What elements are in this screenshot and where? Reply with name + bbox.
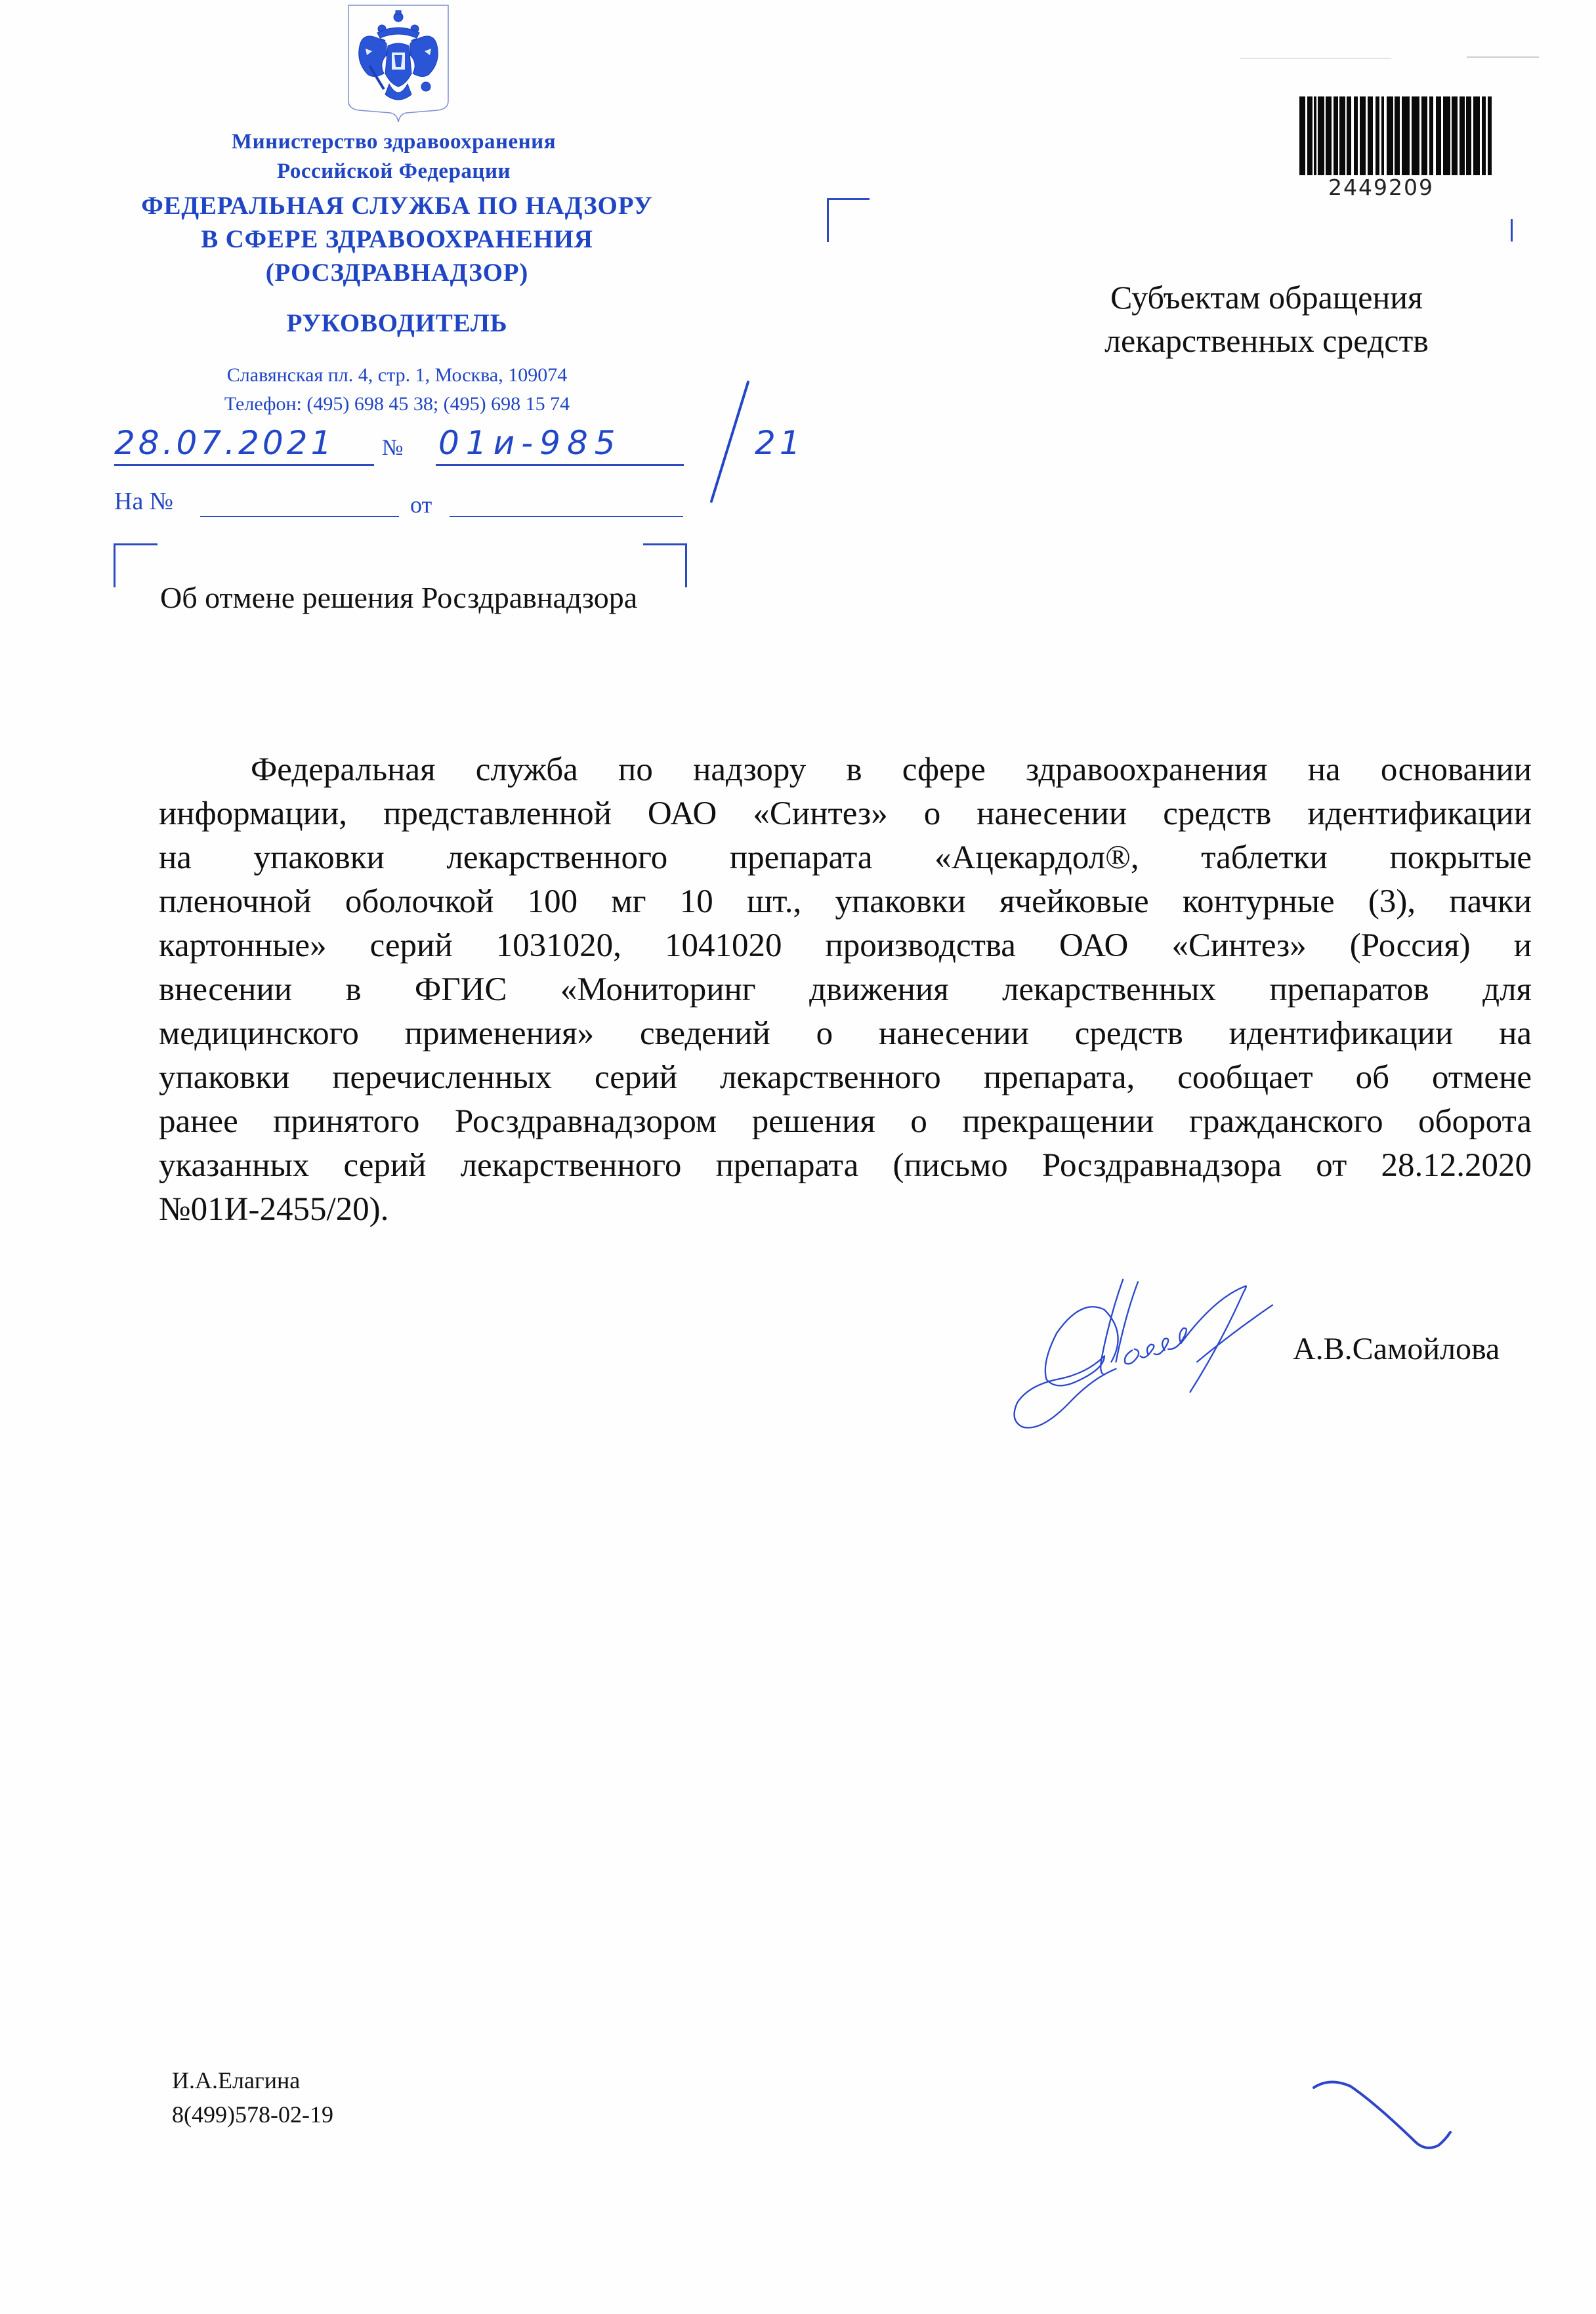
barcode-bar [1307,96,1312,175]
signature-icon [982,1263,1284,1437]
barcode-bar [1339,96,1345,175]
reply-to-field[interactable] [200,516,399,517]
executor-name: И.А.Елагина [172,2063,333,2097]
position-title: РУКОВОДИТЕЛЬ [105,308,689,338]
addressee-line-1: Субъектам обращения [1024,276,1509,319]
barcode-bar [1436,96,1442,175]
barcode-bar [1368,96,1374,175]
subject-line: Об отмене решения Росздравнадзора [160,580,637,615]
barcode-bar [1395,96,1399,175]
body-line: Федеральная служба по надзору в сфере зд… [159,748,1532,792]
barcode-bar [1326,96,1332,175]
service-name: ФЕДЕРАЛЬНАЯ СЛУЖБА ПО НАДЗОРУ В СФЕРЕ ЗД… [105,189,689,289]
barcode-bar [1360,96,1366,175]
barcode [1299,96,1494,175]
subject-bracket-left [114,543,157,587]
address: Славянская пл. 4, стр. 1, Москва, 109074 [105,361,689,390]
subject-bracket-right [643,543,687,587]
ministry-line-1: Министерство здравоохранения [125,127,663,157]
reply-to-label: На № [114,487,173,516]
body-line: картонные» серий 1031020, 1041020 произв… [159,924,1532,968]
from-field[interactable] [450,516,683,517]
barcode-bar [1299,96,1305,175]
letter-body: Федеральная служба по надзору в сфере зд… [159,748,1532,1232]
body-line: упаковки перечисленных серий лекарственн… [159,1056,1532,1100]
registration-date: 28.07.2021 [114,424,335,462]
barcode-bar [1412,96,1419,175]
barcode-number: 2449209 [1328,175,1434,200]
phone: Телефон: (495) 698 45 38; (495) 698 15 7… [105,390,689,419]
executor-phone: 8(499)578-02-19 [172,2097,333,2132]
barcode-bar [1402,96,1410,175]
barcode-bar [1421,96,1428,175]
barcode-bar [1466,96,1472,175]
barcode-bar [1347,96,1351,175]
from-label: от [410,491,432,518]
ministry-name: Министерство здравоохранения Российской … [125,127,663,186]
barcode-bar [1387,96,1393,175]
letter-page: Министерство здравоохранения Российской … [0,0,1596,2314]
slash-mark [702,379,755,504]
body-line: медицинского применения» сведений о нане… [159,1012,1532,1056]
ink-mark-icon [1310,2077,1520,2156]
date-underline [114,464,374,466]
barcode-bar [1459,96,1464,175]
signer-name: А.В.Самойлова [1293,1331,1500,1367]
body-line: ранее принятого Росздравнадзором решения… [159,1100,1532,1144]
body-line: пленочной оболочкой 100 мг 10 шт., упако… [159,880,1532,924]
scan-artifact [1240,58,1391,59]
contact-block: Славянская пл. 4, стр. 1, Москва, 109074… [105,361,689,419]
registration-number: 01и-985 [438,424,622,462]
barcode-bar [1318,96,1324,175]
barcode-bar [1452,96,1458,175]
body-line: на упаковки лекарственного препарата «Ац… [159,836,1532,880]
executor-block: И.А.Елагина 8(499)578-02-19 [172,2063,333,2132]
barcode-bar [1492,96,1493,175]
body-line: внесении в ФГИС «Мониторинг движения лек… [159,968,1532,1012]
service-line-1: ФЕДЕРАЛЬНАЯ СЛУЖБА ПО НАДЗОРУ [105,189,689,222]
number-underline [436,464,684,466]
coat-of-arms-icon [346,3,451,123]
body-line: информации, представленной ОАО «Синтез» … [159,792,1532,836]
service-line-2: В СФЕРЕ ЗДРАВООХРАНЕНИЯ [105,222,689,256]
service-line-3: (РОСЗДРАВНАДЗОР) [105,256,689,289]
body-line: указанных серий лекарственного препарата… [159,1144,1532,1188]
addressee-bracket-right [1511,219,1513,242]
addressee: Субъектам обращения лекарственных средст… [1024,276,1509,362]
body-line: №01И-2455/20). [159,1188,1532,1232]
addressee-line-2: лекарственных средств [1024,319,1509,362]
number-sign: № [382,436,403,461]
ministry-line-2: Российской Федерации [125,157,663,186]
addressee-bracket-left [827,198,870,242]
scan-artifact [1467,56,1539,58]
registration-suffix: 21 [755,424,805,462]
barcode-bar [1443,96,1450,175]
barcode-bar [1473,96,1480,175]
